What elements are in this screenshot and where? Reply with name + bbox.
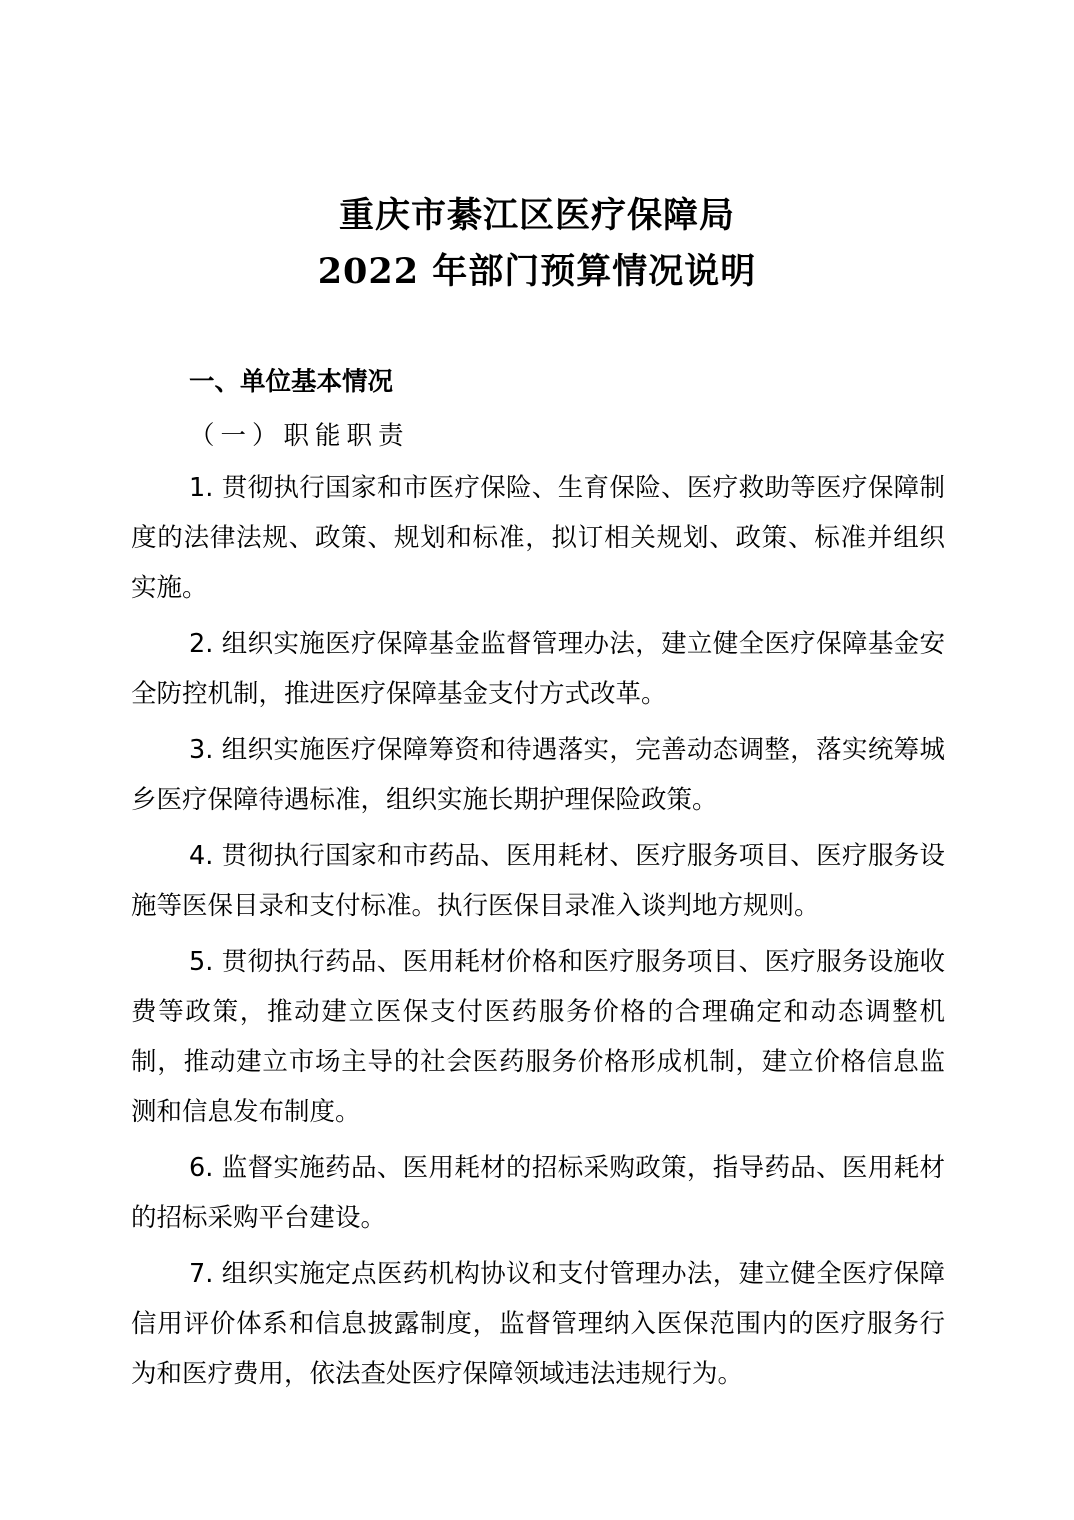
document-body: 一、单位基本情况 （一）职能职责 1. 贯彻执行国家和市医疗保险、生育保险、医疗… (131, 357, 945, 1405)
paragraph-duty-1: 1. 贯彻执行国家和市医疗保险、生育保险、医疗救助等医疗保障制度的法律法规、政策… (131, 463, 945, 613)
paragraph-duty-4: 4. 贯彻执行国家和市药品、医用耗材、医疗服务项目、医疗服务设施等医保目录和支付… (131, 831, 945, 931)
paragraph-duty-5: 5. 贯彻执行药品、医用耗材价格和医疗服务项目、医疗服务设施收费等政策，推动建立… (131, 937, 945, 1137)
subsection-heading: （一）职能职责 (131, 411, 945, 461)
document-title: 重庆市綦江区医疗保障局 2022 年部门预算情况说明 (0, 188, 1074, 300)
paragraph-duty-2: 2. 组织实施医疗保障基金监督管理办法，建立健全医疗保障基金安全防控机制，推进医… (131, 619, 945, 719)
section-heading: 一、单位基本情况 (131, 357, 945, 407)
document-page: 重庆市綦江区医疗保障局 2022 年部门预算情况说明 一、单位基本情况 （一）职… (0, 0, 1074, 1520)
paragraph-duty-7: 7. 组织实施定点医药机构协议和支付管理办法，建立健全医疗保障信用评价体系和信息… (131, 1249, 945, 1399)
title-line-organization: 重庆市綦江区医疗保障局 (0, 188, 1074, 244)
paragraph-duty-3: 3. 组织实施医疗保障筹资和待遇落实，完善动态调整，落实统筹城乡医疗保障待遇标准… (131, 725, 945, 825)
title-line-subject: 2022 年部门预算情况说明 (0, 244, 1074, 300)
paragraph-duty-6: 6. 监督实施药品、医用耗材的招标采购政策，指导药品、医用耗材的招标采购平台建设… (131, 1143, 945, 1243)
